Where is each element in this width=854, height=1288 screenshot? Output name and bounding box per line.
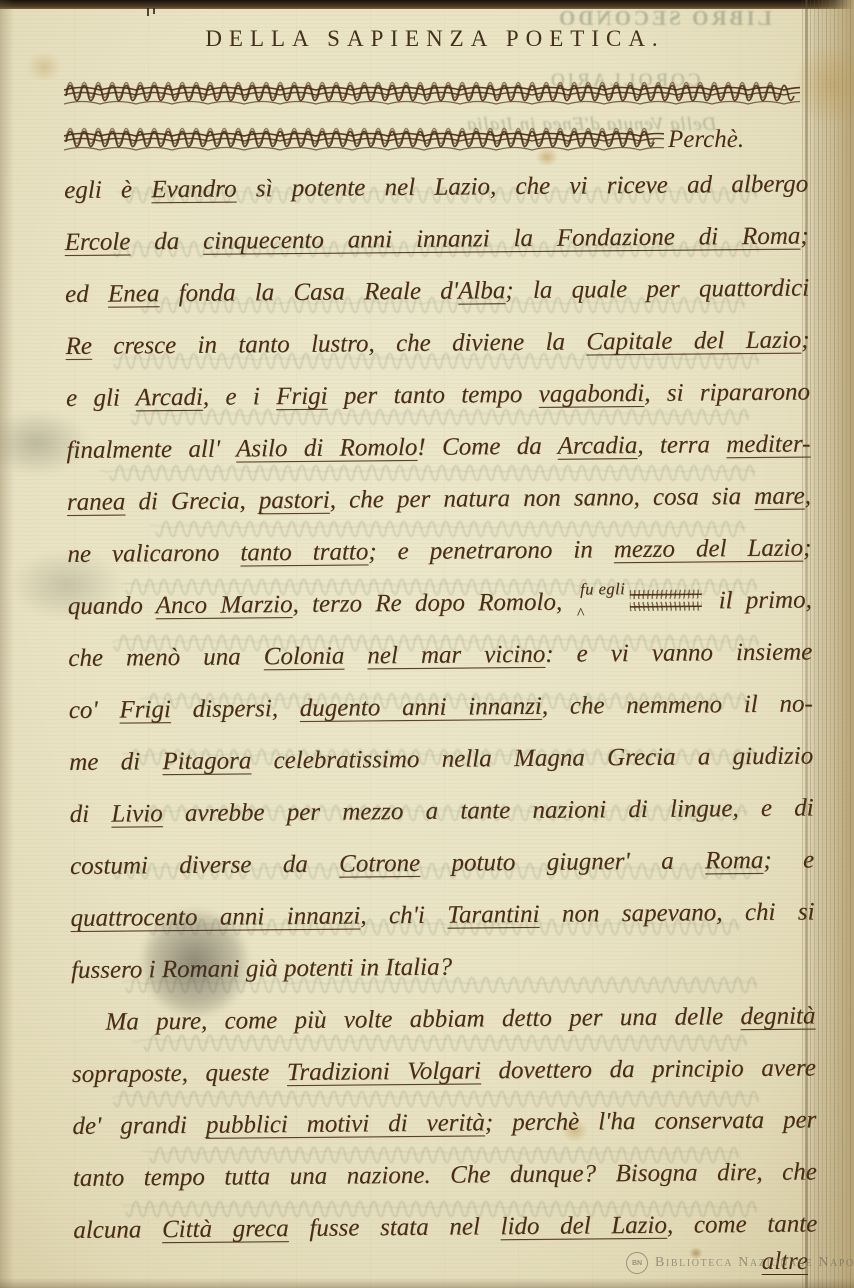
bottom-page-shadow <box>0 1278 854 1288</box>
strikethrough-scribble <box>64 78 800 112</box>
text-segment: lido del Lazio <box>500 1212 667 1240</box>
text-segment: ; perchè l'ha conservata per <box>485 1106 817 1136</box>
manuscript-line: de' grandi pubblici motivi di verità; pe… <box>72 1095 816 1153</box>
text-segment: , e i <box>203 383 277 411</box>
manuscript-line: me di Pitagora celebratissimo nella Magn… <box>69 731 813 789</box>
text-segment: ; <box>800 223 809 250</box>
text-segment: fusse stata nel <box>289 1213 501 1242</box>
book-top-edge <box>0 0 854 9</box>
manuscript-line: co' Frigi dispersi, dugento anni innanzi… <box>69 679 813 737</box>
text-segment: , che per natura non sanno, cosa sia <box>330 483 755 514</box>
manuscript-line: che menò una Colonia nel mar vicino: e v… <box>68 627 812 685</box>
library-watermark: BN Biblioteca Nazionale Napoli <box>626 1252 854 1274</box>
text-segment: per tanto tempo <box>327 381 538 410</box>
text-segment: celebratissimo nella Magna Grecia a giud… <box>251 742 813 774</box>
text-segment: costumi diverse da <box>70 851 339 880</box>
manuscript-line: tanto tempo tutta una nazione. Che dunqu… <box>73 1147 817 1205</box>
text-segment: co' <box>69 697 120 724</box>
text-segment: Livio <box>111 800 163 827</box>
text-segment: pastori <box>259 487 330 515</box>
manuscript-line: alcuna Città greca fusse stata nel lido … <box>73 1199 817 1257</box>
text-segment: ; <box>801 327 810 354</box>
text-segment: mezzo del Lazio <box>614 535 803 564</box>
text-segment: e gli <box>66 384 136 412</box>
stray-ink-mark <box>146 8 158 18</box>
manuscript-line: ne valicarono tanto tratto; e penetraron… <box>67 523 811 581</box>
text-segment: mare <box>754 483 805 510</box>
manuscript-line: di Livio avrebbe per mezzo a tante nazio… <box>69 783 813 841</box>
text-segment: Arcadi <box>136 384 203 412</box>
text-segment: , terzo Re dopo Romolo, <box>292 589 575 618</box>
manuscript-line: fussero i Romani già potenti in Italia? <box>71 939 815 997</box>
text-segment: Tradizioni Volgari <box>287 1057 481 1086</box>
strikethrough-scribble <box>64 124 664 158</box>
text-segment: avrebbe per mezzo a tante nazioni di lin… <box>163 794 814 827</box>
text-segment: Alba <box>458 277 505 304</box>
text-segment: cinquecento anni innanzi la Fondazione d… <box>203 223 800 255</box>
cancelled-line: Perchè. <box>64 124 664 158</box>
text-segment: di Grecia, <box>125 487 259 515</box>
text-segment: Ma pure, come più volte abbiam detto per… <box>105 1003 740 1036</box>
cancelled-line-tail: Perchè. <box>668 126 804 154</box>
watermark-label: Biblioteca Nazionale Napoli <box>655 1255 854 1271</box>
text-segment: Capitale del Lazio <box>586 327 801 356</box>
text-segment: Città greca <box>162 1215 289 1243</box>
text-segment: Roma <box>705 847 764 875</box>
text-segment: tanto tratto <box>240 538 368 566</box>
text-segment: pubblici motivi di verità <box>206 1109 485 1138</box>
text-segment: , terra <box>637 431 726 459</box>
text-segment: , <box>805 482 811 509</box>
text-segment: Frigi <box>276 383 328 410</box>
text-segment: Tarantini <box>447 901 539 929</box>
text-segment: quattrocento anni innanzi <box>70 902 360 932</box>
manuscript-line: e gli Arcadi, e i Frigi per tanto tempo … <box>66 367 810 425</box>
text-segment: che menò una <box>68 643 264 672</box>
text-segment <box>344 642 367 669</box>
manuscript-line: ranea di Grecia, pastori, che per natura… <box>67 471 811 529</box>
text-segment: de' grandi <box>72 1112 206 1140</box>
text-segment: Colonia <box>264 643 345 671</box>
text-segment: dovettero da principio avere <box>481 1054 816 1084</box>
text-segment: , che nemmeno il no- <box>542 690 813 719</box>
page-title: DELLA SAPIENZA POETICA. <box>60 26 810 52</box>
text-segment: fonda la Casa Reale d' <box>159 278 458 308</box>
text-segment: egli è <box>64 176 151 204</box>
text-segment: ; <box>803 534 812 561</box>
stain <box>24 50 64 84</box>
text-lines: egli è Evandro sì potente nel Lazio, che… <box>64 160 818 1258</box>
text-segment: finalmente all' <box>66 436 236 464</box>
text-segment: potuto giugner' a <box>420 847 705 876</box>
manuscript-line: Re cresce in tanto lustro, che diviene l… <box>65 316 809 374</box>
left-page-shadow <box>0 0 14 1288</box>
text-segment: dugento anni innanzi <box>300 693 542 722</box>
manuscript-line: finalmente all' Asilo di Romolo! Come da… <box>66 419 810 477</box>
text-segment: di <box>70 801 112 828</box>
text-segment: Ercole <box>65 228 131 256</box>
manuscript-line: Ma pure, come più volte abbiam detto per… <box>71 991 815 1049</box>
text-segment: tanto tempo tutta una nazione. Che dunqu… <box>73 1158 817 1191</box>
text-segment: ; e <box>763 846 814 873</box>
text-segment: non sapevano, chi si <box>539 898 814 927</box>
text-segment: , come tante <box>667 1210 818 1238</box>
text-segment: Enea <box>108 280 160 307</box>
text-segment: alcuna <box>73 1216 162 1244</box>
text-segment: da <box>130 228 203 256</box>
manuscript-page: LIBRO SECONDO COROLLARIO Della Venuta d'… <box>0 0 854 1288</box>
text-segment: vagabondi <box>539 380 645 408</box>
text-segment: Asilo di Romolo <box>236 434 418 463</box>
manuscript-line: quattrocento anni innanzi, ch'i Tarantin… <box>70 887 814 945</box>
text-segment: il primo, <box>705 586 812 614</box>
text-segment: me di <box>69 748 162 776</box>
text-segment: , ch'i <box>360 902 447 930</box>
text-segment: mediter- <box>726 430 810 458</box>
text-segment: cresce in tanto lustro, che diviene la <box>92 328 587 359</box>
text-segment: : e vi vanno insieme <box>545 638 812 667</box>
text-segment: degnità <box>740 1002 815 1030</box>
library-roundel-icon: BN <box>626 1252 648 1274</box>
text-segment: Evandro <box>151 175 236 203</box>
text-segment: Pitagora <box>162 747 251 775</box>
manuscript-line: quando Anco Marzio, terzo Re dopo Romolo… <box>68 575 812 633</box>
text-segment: Frigi <box>119 696 171 723</box>
text-segment: ! Come da <box>417 433 558 461</box>
manuscript-line: Ercole da cinquecento anni innanzi la Fo… <box>64 212 808 270</box>
text-segment: sì potente nel Lazio, che vi riceve ad a… <box>236 171 808 203</box>
text-segment: Cotrone <box>339 850 420 878</box>
text-segment: ranea <box>67 488 126 516</box>
text-segment: Re <box>65 333 92 360</box>
text-segment: , si ripararono <box>644 378 810 406</box>
cancelled-line <box>64 78 800 112</box>
text-segment: fussero i Romani già potenti in Italia? <box>71 954 452 984</box>
text-segment: Anco Marzio <box>156 591 293 619</box>
text-segment: sopraposte, queste <box>72 1059 287 1088</box>
interlinear-insertion: fu egli <box>580 564 626 614</box>
text-segment: ; e penetrarono in <box>368 536 614 565</box>
text-segment: quando <box>68 592 156 620</box>
text-segment: nel mar vicino <box>367 641 545 670</box>
text-segment: dispersi, <box>171 695 300 723</box>
manuscript-line: ed Enea fonda la Casa Reale d'Alba; la q… <box>65 264 809 322</box>
text-segment: ; la quale per quattordici <box>505 275 809 305</box>
struck-word-scribble <box>629 588 701 613</box>
text-segment: ne valicarono <box>67 539 240 568</box>
manuscript-line: egli è Evandro sì potente nel Lazio, che… <box>64 160 808 218</box>
text-segment: Arcadia <box>558 432 638 460</box>
manuscript-line: sopraposte, queste Tradizioni Volgari do… <box>72 1043 816 1101</box>
text-segment: ed <box>65 281 108 308</box>
manuscript-line: costumi diverse da Cotrone potuto giugne… <box>70 835 814 893</box>
